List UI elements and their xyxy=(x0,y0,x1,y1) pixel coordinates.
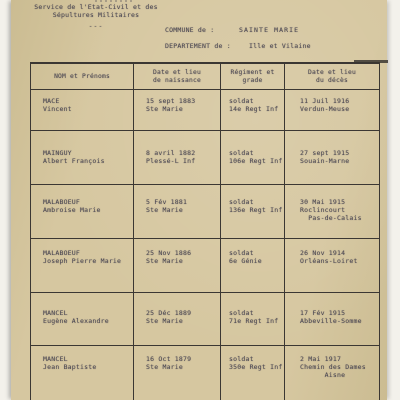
commune-label: COMMUNE de : xyxy=(165,26,239,34)
regiment-cell: soldat71e Regt Inf xyxy=(221,293,285,345)
death-cell: 30 Mai 1915Roclincourt Pas-de-Calais xyxy=(285,185,379,238)
regiment-cell: soldat6e Génie xyxy=(221,239,285,292)
death-cell: 17 Fév 1915Abbeville-Somme xyxy=(285,293,379,345)
regiment-cell: soldat136e Regt Inf xyxy=(221,185,285,238)
name-cell: MANCELEugène Alexandre xyxy=(31,293,134,345)
column-header: Régiment etgrade xyxy=(221,64,285,89)
table-row: MANCELEugène Alexandre25 Déc 1889Ste Mar… xyxy=(31,293,379,346)
death-cell: 27 sept 1915Souain-Marne xyxy=(285,131,379,184)
column-header: NOM et Prénoms xyxy=(31,64,134,89)
departement-label: DEPARTEMENT de : xyxy=(165,42,249,50)
letterhead-office: Service de l'Etat-Civil et des Sépulture… xyxy=(31,3,161,30)
death-cell: 26 Nov 1914Orléans-Loiret xyxy=(285,239,379,292)
death-cell: 11 Juil 1916Verdun-Meuse xyxy=(285,90,379,130)
clipped-top-text xyxy=(95,0,135,2)
office-line-1: Service de l'Etat-Civil et des xyxy=(31,3,161,11)
table-row: MANCELJean Baptiste16 Oct 1879Ste Maries… xyxy=(31,346,379,400)
name-cell: MACEVincent xyxy=(31,90,134,130)
column-header: Date et lieudu décès xyxy=(285,64,379,89)
office-line-2: Sépultures Militaires xyxy=(31,11,161,19)
register-table: NOM et PrénomsDate et lieude naissanceRé… xyxy=(30,62,380,400)
birth-cell: 25 Nov 1886Ste Marie xyxy=(134,239,221,292)
table-row: MACEVincent15 sept 1883Ste Mariesoldat14… xyxy=(31,90,379,131)
column-header: Date et lieude naissance xyxy=(134,64,221,89)
birth-cell: 5 Fév 1881Ste Marie xyxy=(134,185,221,238)
scanned-register-page: Service de l'Etat-Civil et des Sépulture… xyxy=(0,0,400,400)
name-cell: MALABOEUFAmbroise Marie xyxy=(31,185,134,238)
table-row: MAINGUYAlbert François8 avril 1882Plessé… xyxy=(31,131,379,185)
commune-value: SAINTE MARIE xyxy=(239,26,299,34)
regiment-cell: soldat14e Regt Inf xyxy=(221,90,285,130)
regiment-cell: soldat106e Regt Inf xyxy=(221,131,285,184)
table-body: MACEVincent15 sept 1883Ste Mariesoldat14… xyxy=(31,90,379,400)
departement-field: DEPARTEMENT de : Ille et Vilaine xyxy=(165,42,311,50)
name-cell: MANCELJean Baptiste xyxy=(31,346,134,400)
name-cell: MALABOEUFJoseph Pierre Marie xyxy=(31,239,134,292)
table-row: MALABOEUFAmbroise Marie5 Fév 1881Ste Mar… xyxy=(31,185,379,239)
birth-cell: 25 Déc 1889Ste Marie xyxy=(134,293,221,345)
separator-dashes: --- xyxy=(31,22,161,30)
birth-cell: 8 avril 1882Plessé-L Inf xyxy=(134,131,221,184)
birth-cell: 15 sept 1883Ste Marie xyxy=(134,90,221,130)
birth-cell: 16 Oct 1879Ste Marie xyxy=(134,346,221,400)
table-header-row: NOM et PrénomsDate et lieude naissanceRé… xyxy=(31,64,379,90)
regiment-cell: soldat350e Regt Inf xyxy=(221,346,285,400)
paper-sheet: Service de l'Etat-Civil et des Sépulture… xyxy=(11,0,387,400)
departement-value: Ille et Vilaine xyxy=(249,42,311,50)
commune-field: COMMUNE de : SAINTE MARIE xyxy=(165,26,299,34)
death-cell: 2 Mai 1917Chemin des Dames Aisne xyxy=(285,346,379,400)
name-cell: MAINGUYAlbert François xyxy=(31,131,134,184)
table-row: MALABOEUFJoseph Pierre Marie25 Nov 1886S… xyxy=(31,239,379,293)
